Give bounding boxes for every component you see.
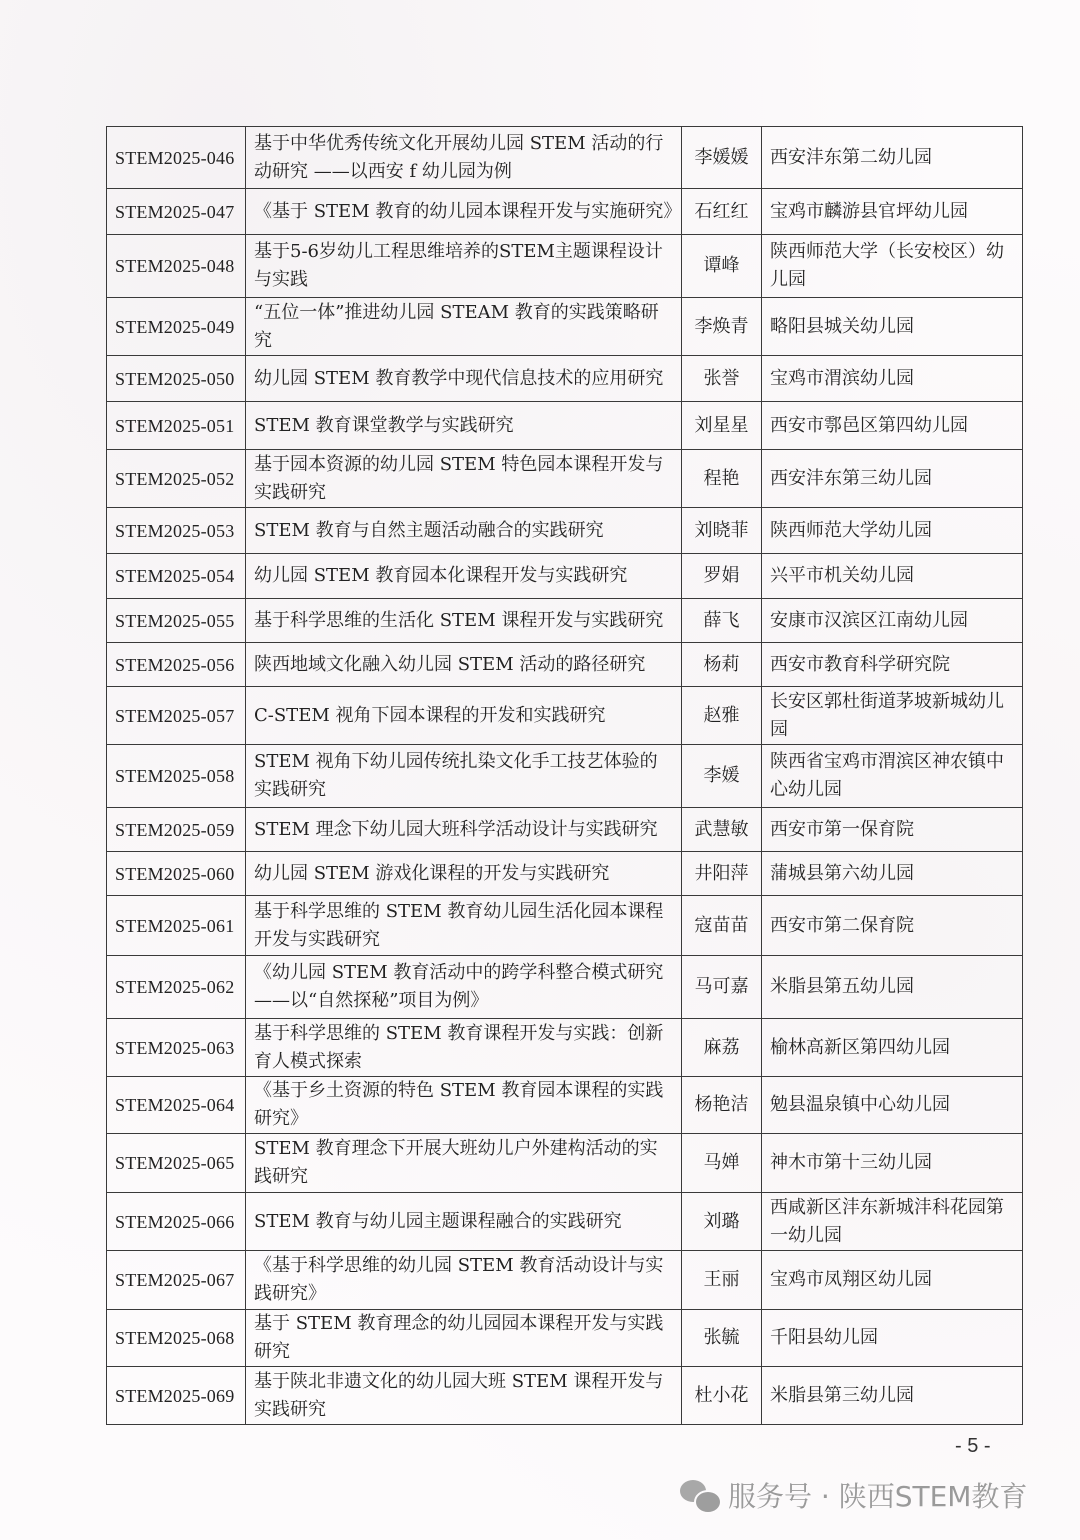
table-row: STEM2025-050幼儿园 STEM 教育教学中现代信息技术的应用研究张誉宝… <box>107 356 1023 402</box>
project-title-cell: 基于园本资源的幼儿园 STEM 特色园本课程开发与实践研究 <box>246 450 682 508</box>
project-title-cell: 《幼儿园 STEM 教育活动中的跨学科整合模式研究——以“自然探秘”项目为例》 <box>246 956 682 1019</box>
table-row: STEM2025-065STEM 教育理念下开展大班幼儿户外建构活动的实践研究马… <box>107 1134 1023 1193</box>
organization-cell: 榆林高新区第四幼儿园 <box>762 1019 1023 1077</box>
leader-name-cell: 李媛媛 <box>682 127 762 189</box>
leader-name-cell: 张誉 <box>682 356 762 402</box>
leader-name-cell: 武慧敏 <box>682 808 762 852</box>
table-row: STEM2025-068基于 STEM 教育理念的幼儿园园本课程开发与实践研究张… <box>107 1310 1023 1367</box>
table-row: STEM2025-064《基于乡土资源的特色 STEM 教育园本课程的实践研究》… <box>107 1077 1023 1134</box>
table-row: STEM2025-054幼儿园 STEM 教育园本化课程开发与实践研究罗娟兴平市… <box>107 554 1023 599</box>
project-title-cell: STEM 理念下幼儿园大班科学活动设计与实践研究 <box>246 808 682 852</box>
leader-name-cell: 刘晓菲 <box>682 508 762 554</box>
watermark: 服务号 · 陕西STEM教育 <box>680 1475 1027 1515</box>
project-id-cell: STEM2025-054 <box>107 554 246 599</box>
project-id-cell: STEM2025-069 <box>107 1367 246 1425</box>
project-id-cell: STEM2025-051 <box>107 402 246 450</box>
table-row: STEM2025-047《基于 STEM 教育的幼儿园本课程开发与实施研究》石红… <box>107 189 1023 235</box>
wechat-icon <box>680 1478 720 1512</box>
table-row: STEM2025-060幼儿园 STEM 游戏化课程的开发与实践研究井阳萍蒲城县… <box>107 852 1023 896</box>
project-title-cell: 基于陕北非遗文化的幼儿园大班 STEM 课程开发与实践研究 <box>246 1367 682 1425</box>
project-id-cell: STEM2025-055 <box>107 599 246 643</box>
project-title-cell: STEM 教育与幼儿园主题课程融合的实践研究 <box>246 1193 682 1251</box>
project-id-cell: STEM2025-047 <box>107 189 246 235</box>
table-row: STEM2025-061基于科学思维的 STEM 教育幼儿园生活化园本课程开发与… <box>107 896 1023 956</box>
table-row: STEM2025-069基于陕北非遗文化的幼儿园大班 STEM 课程开发与实践研… <box>107 1367 1023 1425</box>
leader-name-cell: 寇苗苗 <box>682 896 762 956</box>
organization-cell: 勉县温泉镇中心幼儿园 <box>762 1077 1023 1134</box>
leader-name-cell: 井阳萍 <box>682 852 762 896</box>
project-id-cell: STEM2025-056 <box>107 643 246 687</box>
project-title-cell: 《基于科学思维的幼儿园 STEM 教育活动设计与实践研究》 <box>246 1251 682 1310</box>
organization-cell: 西安沣东第二幼儿园 <box>762 127 1023 189</box>
project-title-cell: 基于科学思维的 STEM 教育幼儿园生活化园本课程开发与实践研究 <box>246 896 682 956</box>
organization-cell: 西安沣东第三幼儿园 <box>762 450 1023 508</box>
organization-cell: 西咸新区沣东新城沣科花园第一幼儿园 <box>762 1193 1023 1251</box>
watermark-text: 服务号 · 陕西STEM教育 <box>728 1475 1027 1515</box>
project-title-cell: 幼儿园 STEM 教育教学中现代信息技术的应用研究 <box>246 356 682 402</box>
leader-name-cell: 马婵 <box>682 1134 762 1193</box>
project-title-cell: 基于科学思维的生活化 STEM 课程开发与实践研究 <box>246 599 682 643</box>
project-id-cell: STEM2025-060 <box>107 852 246 896</box>
table-row: STEM2025-059STEM 理念下幼儿园大班科学活动设计与实践研究武慧敏西… <box>107 808 1023 852</box>
project-title-cell: STEM 教育课堂教学与实践研究 <box>246 402 682 450</box>
table-row: STEM2025-055基于科学思维的生活化 STEM 课程开发与实践研究薛飞安… <box>107 599 1023 643</box>
project-title-cell: 《基于乡土资源的特色 STEM 教育园本课程的实践研究》 <box>246 1077 682 1134</box>
leader-name-cell: 谭峰 <box>682 235 762 298</box>
project-id-cell: STEM2025-065 <box>107 1134 246 1193</box>
project-id-cell: STEM2025-057 <box>107 687 246 745</box>
leader-name-cell: 刘星星 <box>682 402 762 450</box>
table-row: STEM2025-066STEM 教育与幼儿园主题课程融合的实践研究刘璐西咸新区… <box>107 1193 1023 1251</box>
organization-cell: 兴平市机关幼儿园 <box>762 554 1023 599</box>
project-title-cell: 基于 STEM 教育理念的幼儿园园本课程开发与实践研究 <box>246 1310 682 1367</box>
project-id-cell: STEM2025-061 <box>107 896 246 956</box>
organization-cell: 陕西师范大学（长安校区）幼儿园 <box>762 235 1023 298</box>
organization-cell: 宝鸡市渭滨幼儿园 <box>762 356 1023 402</box>
organization-cell: 西安市第一保育院 <box>762 808 1023 852</box>
project-id-cell: STEM2025-046 <box>107 127 246 189</box>
leader-name-cell: 石红红 <box>682 189 762 235</box>
leader-name-cell: 杨莉 <box>682 643 762 687</box>
table-row: STEM2025-057C-STEM 视角下园本课程的开发和实践研究赵雅长安区郭… <box>107 687 1023 745</box>
table-row: STEM2025-049“五位一体”推进幼儿园 STEAM 教育的实践策略研究李… <box>107 298 1023 356</box>
leader-name-cell: 李媛 <box>682 745 762 808</box>
project-title-cell: 陕西地域文化融入幼儿园 STEM 活动的路径研究 <box>246 643 682 687</box>
leader-name-cell: 王丽 <box>682 1251 762 1310</box>
table-row: STEM2025-062《幼儿园 STEM 教育活动中的跨学科整合模式研究——以… <box>107 956 1023 1019</box>
organization-cell: 米脂县第三幼儿园 <box>762 1367 1023 1425</box>
leader-name-cell: 程艳 <box>682 450 762 508</box>
leader-name-cell: 麻荔 <box>682 1019 762 1077</box>
organization-cell: 西安市鄠邑区第四幼儿园 <box>762 402 1023 450</box>
project-title-cell: STEM 教育与自然主题活动融合的实践研究 <box>246 508 682 554</box>
project-title-cell: “五位一体”推进幼儿园 STEAM 教育的实践策略研究 <box>246 298 682 356</box>
page-number: - 5 - <box>955 1435 991 1458</box>
organization-cell: 长安区郭杜街道茅坡新城幼儿园 <box>762 687 1023 745</box>
project-title-cell: 《基于 STEM 教育的幼儿园本课程开发与实施研究》 <box>246 189 682 235</box>
organization-cell: 西安市教育科学研究院 <box>762 643 1023 687</box>
project-id-cell: STEM2025-052 <box>107 450 246 508</box>
leader-name-cell: 罗娟 <box>682 554 762 599</box>
project-id-cell: STEM2025-063 <box>107 1019 246 1077</box>
leader-name-cell: 杜小花 <box>682 1367 762 1425</box>
table-row: STEM2025-063基于科学思维的 STEM 教育课程开发与实践：创新育人模… <box>107 1019 1023 1077</box>
leader-name-cell: 刘璐 <box>682 1193 762 1251</box>
project-id-cell: STEM2025-050 <box>107 356 246 402</box>
project-id-cell: STEM2025-053 <box>107 508 246 554</box>
project-title-cell: 幼儿园 STEM 教育园本化课程开发与实践研究 <box>246 554 682 599</box>
leader-name-cell: 张毓 <box>682 1310 762 1367</box>
project-title-cell: 基于5-6岁幼儿工程思维培养的STEM主题课程设计与实践 <box>246 235 682 298</box>
table-row: STEM2025-051STEM 教育课堂教学与实践研究刘星星西安市鄠邑区第四幼… <box>107 402 1023 450</box>
leader-name-cell: 薛飞 <box>682 599 762 643</box>
organization-cell: 安康市汉滨区江南幼儿园 <box>762 599 1023 643</box>
table-row: STEM2025-056陕西地域文化融入幼儿园 STEM 活动的路径研究杨莉西安… <box>107 643 1023 687</box>
organization-cell: 西安市第二保育院 <box>762 896 1023 956</box>
table-body: STEM2025-046基于中华优秀传统文化开展幼儿园 STEM 活动的行动研究… <box>107 127 1023 1425</box>
organization-cell: 略阳县城关幼儿园 <box>762 298 1023 356</box>
project-title-cell: C-STEM 视角下园本课程的开发和实践研究 <box>246 687 682 745</box>
project-title-cell: STEM 教育理念下开展大班幼儿户外建构活动的实践研究 <box>246 1134 682 1193</box>
leader-name-cell: 杨艳洁 <box>682 1077 762 1134</box>
table-row: STEM2025-046基于中华优秀传统文化开展幼儿园 STEM 活动的行动研究… <box>107 127 1023 189</box>
leader-name-cell: 李焕青 <box>682 298 762 356</box>
organization-cell: 陕西省宝鸡市渭滨区神农镇中心幼儿园 <box>762 745 1023 808</box>
project-id-cell: STEM2025-058 <box>107 745 246 808</box>
project-id-cell: STEM2025-049 <box>107 298 246 356</box>
table-row: STEM2025-048基于5-6岁幼儿工程思维培养的STEM主题课程设计与实践… <box>107 235 1023 298</box>
project-title-cell: 基于科学思维的 STEM 教育课程开发与实践：创新育人模式探索 <box>246 1019 682 1077</box>
project-roster-table: STEM2025-046基于中华优秀传统文化开展幼儿园 STEM 活动的行动研究… <box>106 126 1023 1425</box>
project-id-cell: STEM2025-064 <box>107 1077 246 1134</box>
table-row: STEM2025-058STEM 视角下幼儿园传统扎染文化手工技艺体验的实践研究… <box>107 745 1023 808</box>
table-row: STEM2025-067《基于科学思维的幼儿园 STEM 教育活动设计与实践研究… <box>107 1251 1023 1310</box>
project-id-cell: STEM2025-066 <box>107 1193 246 1251</box>
project-id-cell: STEM2025-062 <box>107 956 246 1019</box>
table-row: STEM2025-053STEM 教育与自然主题活动融合的实践研究刘晓菲陕西师范… <box>107 508 1023 554</box>
leader-name-cell: 赵雅 <box>682 687 762 745</box>
table-row: STEM2025-052基于园本资源的幼儿园 STEM 特色园本课程开发与实践研… <box>107 450 1023 508</box>
organization-cell: 神木市第十三幼儿园 <box>762 1134 1023 1193</box>
organization-cell: 千阳县幼儿园 <box>762 1310 1023 1367</box>
project-id-cell: STEM2025-068 <box>107 1310 246 1367</box>
project-id-cell: STEM2025-048 <box>107 235 246 298</box>
project-id-cell: STEM2025-067 <box>107 1251 246 1310</box>
project-title-cell: STEM 视角下幼儿园传统扎染文化手工技艺体验的实践研究 <box>246 745 682 808</box>
project-title-cell: 幼儿园 STEM 游戏化课程的开发与实践研究 <box>246 852 682 896</box>
organization-cell: 米脂县第五幼儿园 <box>762 956 1023 1019</box>
project-id-cell: STEM2025-059 <box>107 808 246 852</box>
organization-cell: 宝鸡市凤翔区幼儿园 <box>762 1251 1023 1310</box>
organization-cell: 宝鸡市麟游县官坪幼儿园 <box>762 189 1023 235</box>
organization-cell: 陕西师范大学幼儿园 <box>762 508 1023 554</box>
project-title-cell: 基于中华优秀传统文化开展幼儿园 STEM 活动的行动研究 ——以西安 f 幼儿园… <box>246 127 682 189</box>
leader-name-cell: 马可嘉 <box>682 956 762 1019</box>
organization-cell: 蒲城县第六幼儿园 <box>762 852 1023 896</box>
